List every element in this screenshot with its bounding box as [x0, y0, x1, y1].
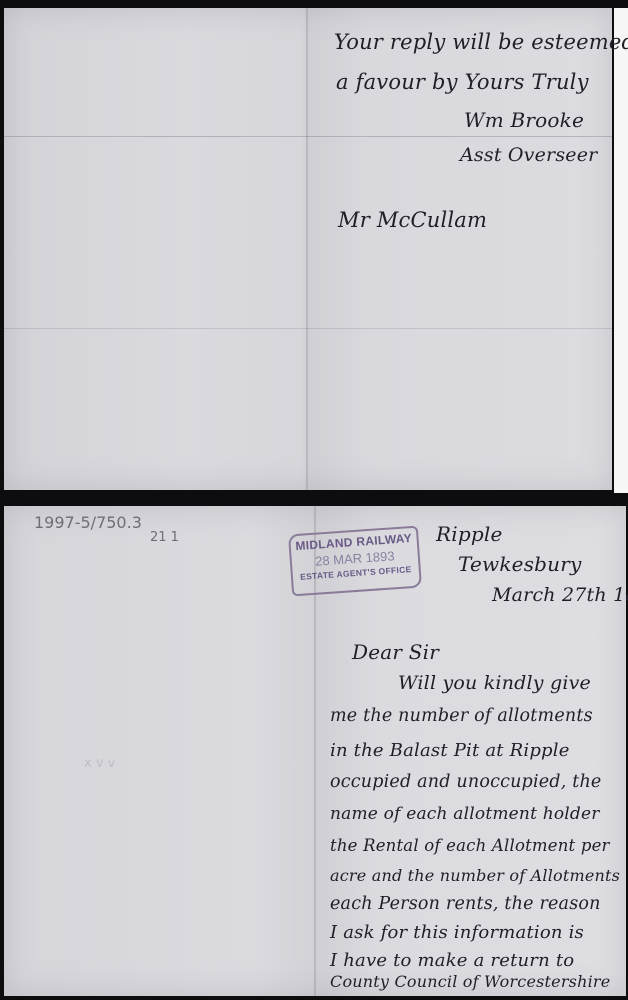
signature: Wm Brooke	[464, 108, 584, 132]
letter-page-back: Your reply will be esteemed a favour by …	[4, 8, 612, 490]
addressee: Mr McCullam	[338, 208, 487, 232]
horizontal-fold-lower	[4, 328, 612, 329]
body-line: I ask for this information is	[330, 922, 584, 943]
body-line: each Person rents, the reason	[330, 894, 601, 914]
bleed-through-marks: x v v	[84, 756, 115, 771]
letter-date: March 27th 1893	[492, 584, 628, 606]
horizontal-fold	[4, 136, 612, 137]
pencil-note: 21 1	[150, 530, 179, 545]
closing-line-1: Your reply will be esteemed	[334, 30, 628, 54]
signer-title: Asst Overseer	[460, 144, 597, 166]
body-line: I have to make a return to	[330, 950, 574, 971]
body-line: occupied and unoccupied, the	[330, 772, 602, 792]
body-line: County Council of Worcestershire	[330, 972, 610, 991]
salutation: Dear Sir	[352, 640, 439, 664]
address-line-2: Tewkesbury	[458, 552, 582, 576]
address-line-1: Ripple	[436, 522, 503, 546]
body-line: the Rental of each Allotment per	[330, 836, 610, 855]
white-page-edge	[614, 8, 628, 493]
body-line: me the number of allotments	[330, 706, 593, 726]
vertical-fold	[306, 8, 308, 490]
archive-reference: 1997-5/750.3	[34, 513, 142, 532]
body-line: Will you kindly give	[398, 672, 591, 694]
body-line: in the Balast Pit at Ripple	[330, 740, 570, 761]
body-line: acre and the number of Allotments	[330, 866, 620, 885]
body-line: name of each allotment holder	[330, 804, 600, 824]
received-stamp: MIDLAND RAILWAY 28 MAR 1893 ESTATE AGENT…	[288, 526, 422, 597]
closing-line-2: a favour by Yours Truly	[336, 70, 589, 94]
